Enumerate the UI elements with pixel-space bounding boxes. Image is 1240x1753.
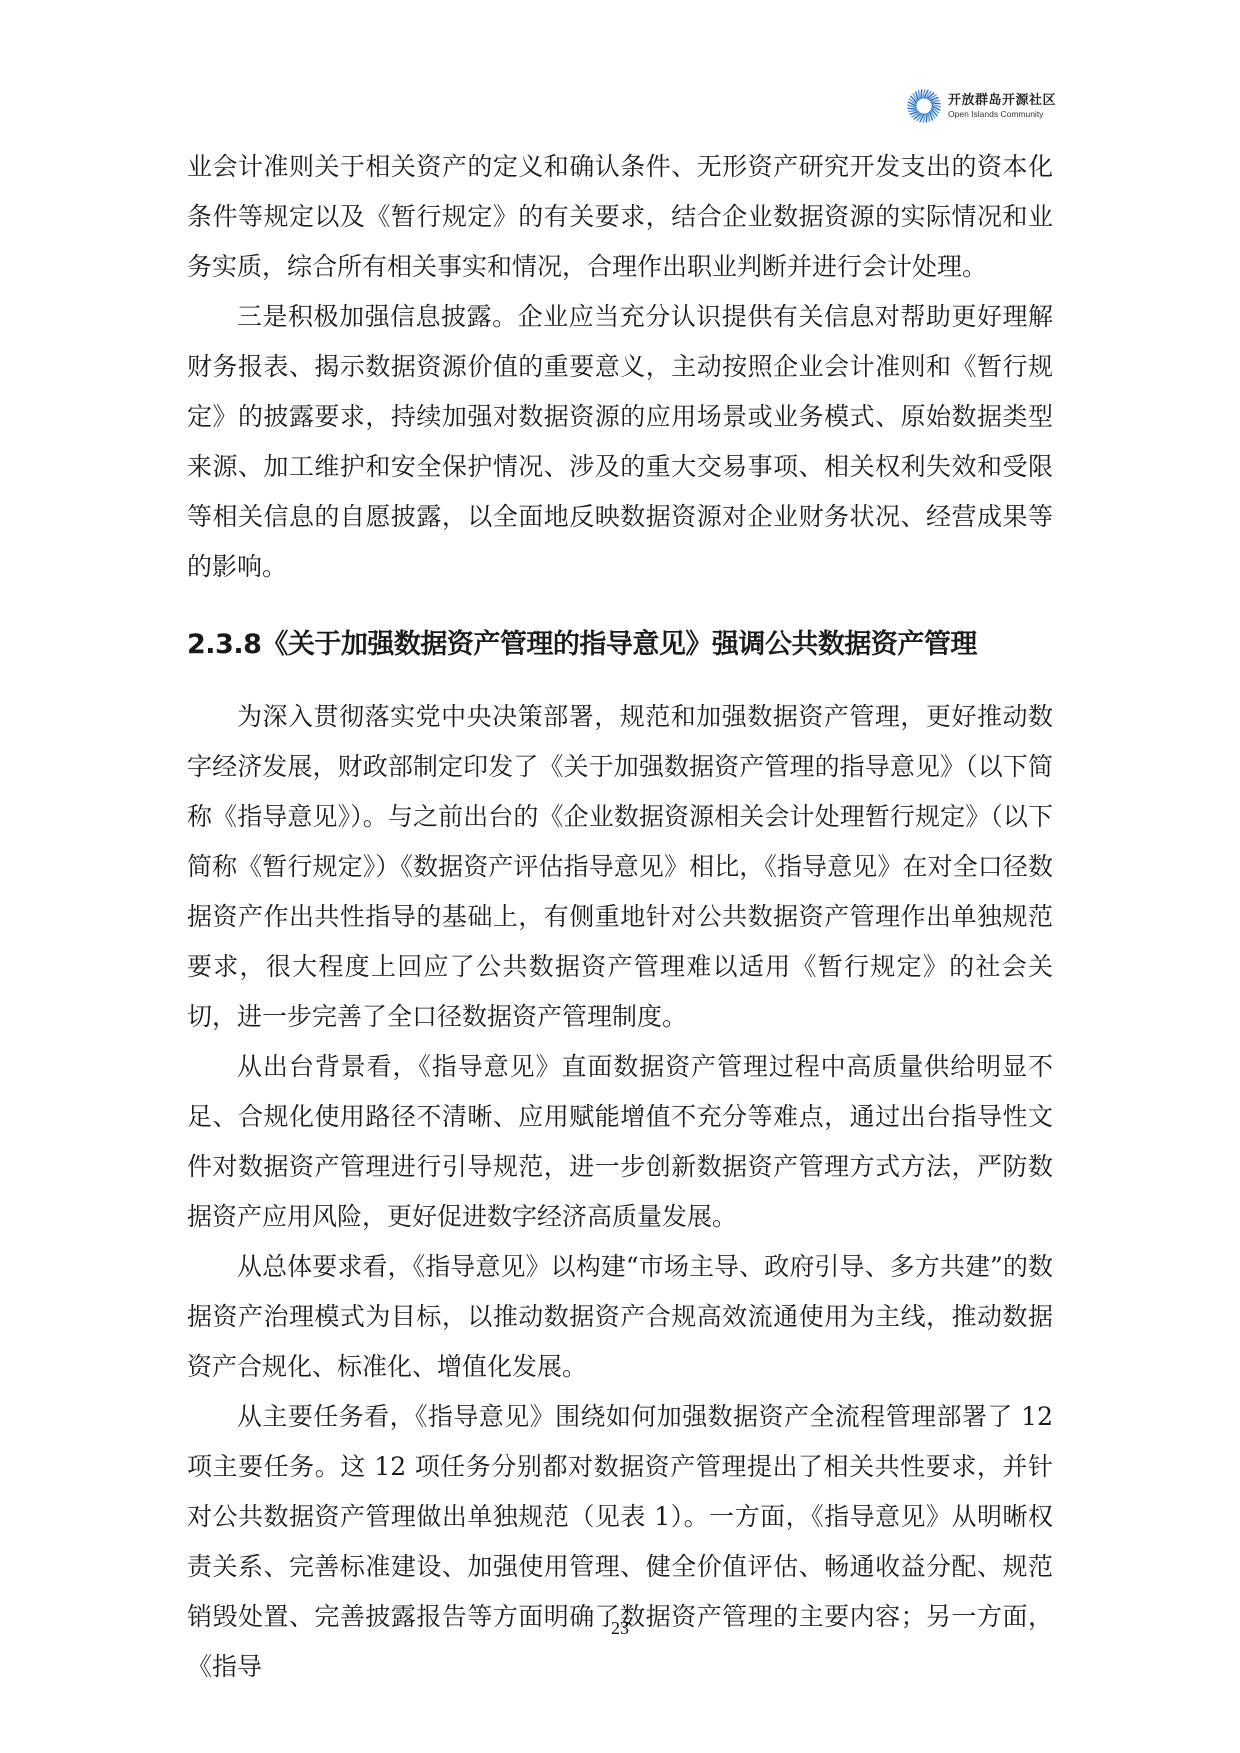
body-paragraph: 业会计准则关于相关资产的定义和确认条件、无形资产研究开发支出的资本化条件等规定以… — [187, 142, 1053, 292]
sunburst-logo-icon — [906, 88, 942, 124]
body-paragraph: 为深入贯彻落实党中央决策部署，规范和加强数据资产管理，更好推动数字经济发展，财政… — [187, 692, 1053, 1042]
logo-chinese-name: 开放群岛开源社区 — [948, 94, 1056, 107]
body-paragraph: 从主要任务看，《指导意见》围绕如何加强数据资产全流程管理部署了 12 项主要任务… — [187, 1392, 1053, 1692]
paragraphs-after-heading: 为深入贯彻落实党中央决策部署，规范和加强数据资产管理，更好推动数字经济发展，财政… — [187, 692, 1053, 1692]
page-number: 23 — [0, 1618, 1240, 1639]
body-paragraph: 从总体要求看，《指导意见》以构建“市场主导、政府引导、多方共建”的数据资产治理模… — [187, 1242, 1053, 1392]
document-body: 业会计准则关于相关资产的定义和确认条件、无形资产研究开发支出的资本化条件等规定以… — [187, 142, 1053, 1692]
body-paragraph: 三是积极加强信息披露。企业应当充分认识提供有关信息对帮助更好理解财务报表、揭示数… — [187, 292, 1053, 592]
logo-text: 开放群岛开源社区 Open Islands Community — [948, 94, 1056, 119]
section-heading: 2.3.8《关于加强数据资产管理的指导意见》强调公共数据资产管理 — [187, 620, 1053, 670]
header-logo: 开放群岛开源社区 Open Islands Community — [906, 88, 1056, 124]
logo-english-name: Open Islands Community — [948, 110, 1056, 119]
body-paragraph: 从出台背景看，《指导意见》直面数据资产管理过程中高质量供给明显不足、合规化使用路… — [187, 1042, 1053, 1242]
paragraphs-before-heading: 业会计准则关于相关资产的定义和确认条件、无形资产研究开发支出的资本化条件等规定以… — [187, 142, 1053, 592]
